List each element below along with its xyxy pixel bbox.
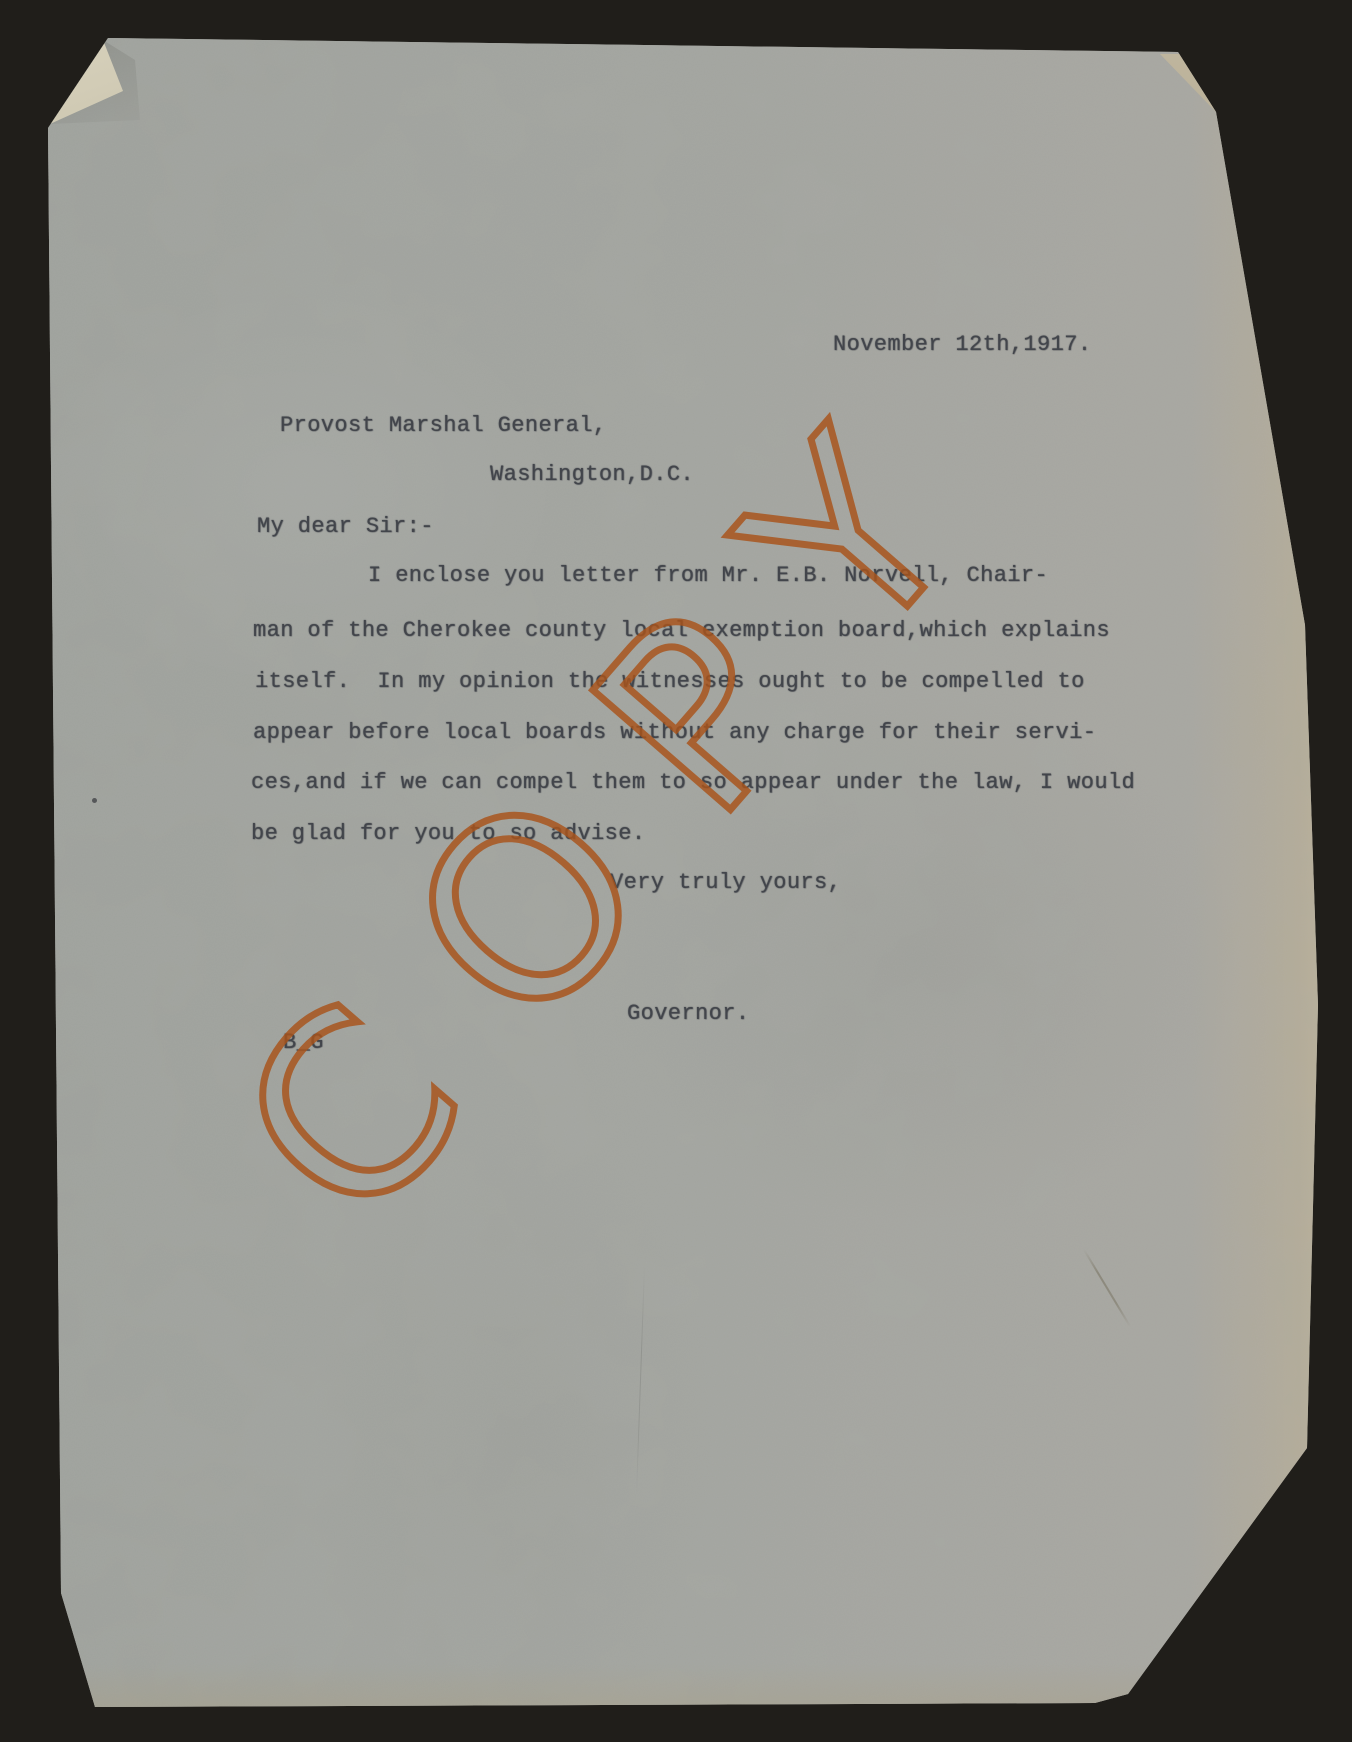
letter-page: November 12th,1917. Provost Marshal Gene… <box>0 0 1352 1742</box>
salutation: My dear Sir:- <box>257 514 434 540</box>
recipient-line-2: Washington,D.C. <box>490 462 694 488</box>
signature-title: Governor. <box>627 1001 749 1027</box>
ink-speck <box>92 798 97 803</box>
recipient-line-1: Provost Marshal General, <box>280 413 606 439</box>
scan-background: November 12th,1917. Provost Marshal Gene… <box>0 0 1352 1742</box>
